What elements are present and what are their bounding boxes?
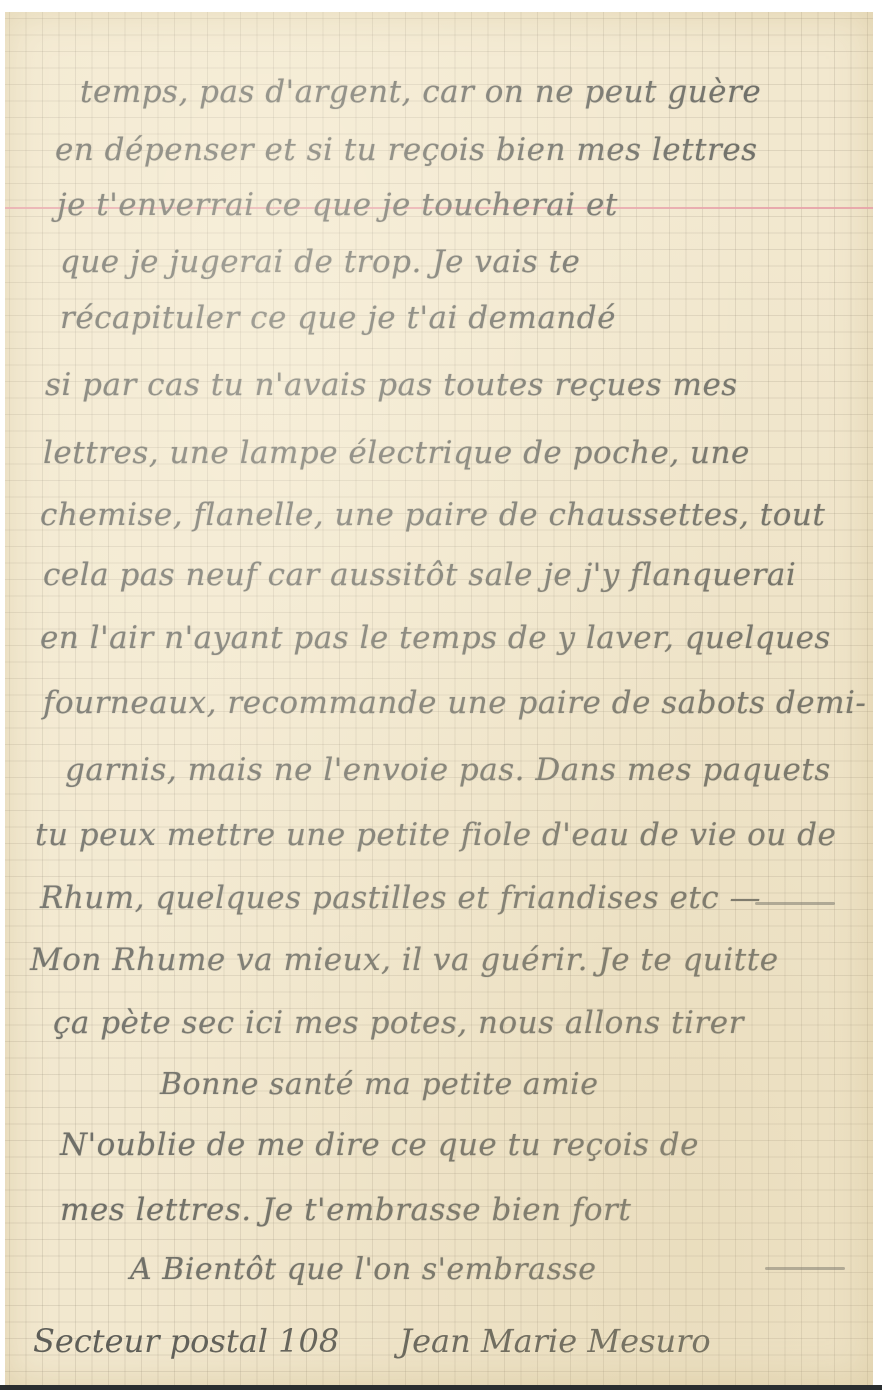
pencil-stroke	[755, 902, 835, 905]
letter-line-16: ça pète sec ici mes potes, nous allons t…	[53, 1005, 744, 1041]
pencil-stroke	[765, 1267, 845, 1270]
letter-line-19: mes lettres. Je t'embrasse bien fort	[60, 1192, 631, 1228]
letter-line-12: garnis, mais ne l'envoie pas. Dans mes p…	[65, 752, 831, 788]
letter-line-6: si par cas tu n'avais pas toutes reçues …	[45, 367, 738, 403]
letter-line-8: chemise, flanelle, une paire de chausset…	[40, 497, 825, 533]
letter-line-3: je t'enverrai ce que je toucherai et	[57, 187, 618, 223]
signature-row: Secteur postal 108 Jean Marie Mesuro	[33, 1322, 853, 1360]
letter-line-10: en l'air n'ayant pas le temps de y laver…	[40, 620, 831, 656]
letter-line-14: Rhum, quelques pastilles et friandises e…	[40, 880, 761, 916]
letter-line-4: que je jugerai de trop. Je vais te	[60, 244, 580, 280]
letter-line-7: lettres, une lampe électrique de poche, …	[43, 435, 750, 471]
letter-line-17: Bonne santé ma petite amie	[160, 1067, 599, 1102]
letter-line-5: récapituler ce que je t'ai demandé	[60, 300, 616, 336]
signature: Jean Marie Mesuro	[399, 1322, 710, 1360]
letter-line-2: en dépenser et si tu reçois bien mes let…	[55, 132, 758, 168]
postal-sector: Secteur postal 108	[33, 1322, 339, 1360]
letter-line-11: fourneaux, recommande une paire de sabot…	[43, 685, 866, 721]
letter-line-15: Mon Rhume va mieux, il va guérir. Je te …	[30, 942, 779, 978]
scan-bottom-edge	[0, 1385, 882, 1390]
letter-line-9: cela pas neuf car aussitôt sale je j'y f…	[43, 557, 796, 593]
letter-line-20: A Bientôt que l'on s'embrasse	[130, 1252, 597, 1287]
letter-line-1: temps, pas d'argent, car on ne peut guèr…	[80, 74, 761, 110]
letter-line-13: tu peux mettre une petite fiole d'eau de…	[35, 817, 836, 853]
letter-paper: temps, pas d'argent, car on ne peut guèr…	[5, 12, 873, 1385]
letter-line-18: N'oublie de me dire ce que tu reçois de	[60, 1127, 699, 1163]
